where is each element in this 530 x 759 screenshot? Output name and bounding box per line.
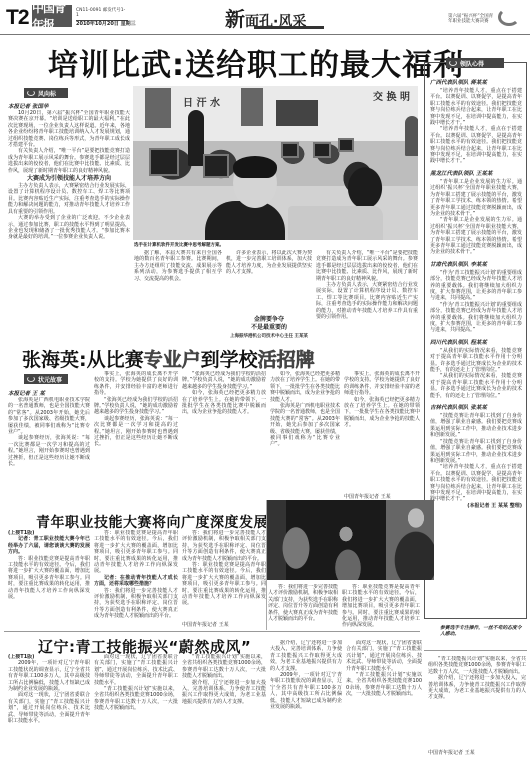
story4-column-1: (上接T1版) 2009年，一项针对辽宁青年职工技能状况的调查显示，辽宁全省共有… bbox=[8, 654, 90, 759]
sidebar-signature: (本报记者 王 某某 整理) bbox=[430, 503, 522, 509]
pull-quote-source: 上海振华港机公司技术中心主任 王某某 bbox=[222, 333, 316, 339]
crt-monitor-foreground bbox=[288, 206, 383, 240]
section-tag-leader-notes: 领队心得 bbox=[446, 58, 504, 68]
paragraph: “青工技能振兴计划”实施以来，全省共组织各类技能竞赛1000余场，参赛青年职工达… bbox=[94, 686, 178, 712]
standing-person bbox=[188, 110, 204, 166]
page-number: T2 bbox=[6, 6, 29, 30]
sidebar-paragraph: “青年职工是企业发展的生力军。通过组织‘振兴杯’全国青年职业技能大赛，为青年职工… bbox=[430, 217, 522, 255]
story2-column-1: 张海英是广西机电职业技术学院的一名普通教师，也是全国技能大赛的“常客”。从200… bbox=[8, 397, 90, 501]
photo-caption: 选手在计算机软件开发比赛中思考解题方案。 bbox=[134, 242, 224, 248]
story4-column-3: “青工技能振兴计划”实施以来，全省共组织各类技能竞赛1000余场，参赛青年职工达… bbox=[182, 654, 266, 759]
monitor bbox=[281, 142, 299, 158]
paragraph: “张海英已经成为我们学校的活招牌。”学校负责人说，“她的成功激励着越来越多的学生… bbox=[182, 371, 266, 390]
sidebar-paragraph: “培养青年技能人才，重点在于搭建平台。以赛促训、以赛促学，是提高青年职工技能水平… bbox=[430, 464, 522, 502]
paragraph: 面对这一现状，辽宁团省委联合有关部门，实施了“青工技能振兴计划”，通过开展岗位练… bbox=[346, 640, 422, 672]
tag-label: 领队心得 bbox=[460, 59, 484, 68]
story2-column-2: 事实上，张海英的成长离不开学校的支持。学校为她提供了良好的训练条件，并安排经验丰… bbox=[94, 371, 178, 501]
story2-column-3: “张海英已经成为我们学校的活招牌。”学校负责人说，“她的成功激励着越来越多的学生… bbox=[182, 371, 266, 501]
story-divider bbox=[4, 631, 420, 632]
paragraph: 答：职业技能竞赛是提高青年职工技能水平的有效途径。今后，我们将进一步扩大大赛的覆… bbox=[342, 584, 420, 628]
lead-column-4: 有关负责人介绍，“唯一平台”是要把技能竞赛打造成为青年职工展示风采的舞台。参赛选… bbox=[316, 250, 418, 340]
masthead: T2 中国青年报 CN11-0091 邮发代号1-1 2010年10月20日 星… bbox=[0, 0, 530, 34]
story2-column-5: 事实上，张海英的成长离不开学校的支持。学校为她提供了良好的训练条件，并安排经验丰… bbox=[344, 371, 420, 497]
sidebar-byline: 吉林代表队领队 张某某 bbox=[430, 403, 522, 411]
pull-quote-line: 不是最重要的 bbox=[226, 324, 312, 332]
sidebar-paragraph: “从我们的实际情况来看，技能竞赛对于提高青年职工技能水平作用十分明显。许多选手通… bbox=[430, 348, 522, 374]
story4-column-2: 面对这一现状，辽宁团省委联合有关部门，实施了“青工技能振兴计划”，通过开展岗位练… bbox=[94, 654, 178, 759]
paragraph: 据介绍，辽宁还将进一步加大投入，完善培训体系，力争使青工技能振兴工作取得更大成效… bbox=[182, 680, 266, 706]
paragraph: 主办方负责人表示，大赛紧密结合行业发展实际，设置了计算机程序设计员、数控车工、焊… bbox=[8, 183, 130, 215]
lead-byline: 本报记者 张国华 bbox=[8, 102, 48, 110]
headline-outline-part: 活招牌 bbox=[258, 349, 315, 371]
paragraph: 张海英是广西机电职业技术学院的一名普通教师，也是全国技能大赛的“常客”。从200… bbox=[270, 403, 340, 448]
sidebar-paragraph: “培养青年技能人才，重点在于搭建平台。以赛促训、以赛促学，是提高青年职工技能水平… bbox=[430, 126, 522, 164]
masthead-rule bbox=[0, 34, 530, 35]
paragraph: 大赛的举办受到了企业的广泛欢迎。不少企业表示，通过参加比赛，职工的技能水平得到了… bbox=[8, 215, 130, 241]
wall-slogan: 日 汗 水 bbox=[183, 94, 220, 109]
story2-column-4: 如今，张海英已经把更多精力放在了培养学生上。在她的带领下，一批批学生在各类技能比… bbox=[270, 371, 340, 501]
sidebar-byline: 甘肃代表队领队 李某某 bbox=[430, 260, 522, 268]
contestant-foreground bbox=[205, 201, 285, 240]
story3-headline: 青年职业技能大赛将向广度深度发展 bbox=[36, 512, 268, 532]
section-brand-glyph: 新 bbox=[225, 7, 245, 31]
story3-column-4: 答：我们将进一步完善技能人才评价激励机制，积极争取相关部门支持，为获奖选手在职称… bbox=[268, 584, 338, 628]
question: 记者：青工职业技能大赛今年已经举办了六届，请您谈谈大赛的发展方向。 bbox=[8, 536, 90, 555]
story3-column-5: 答：职业技能竞赛是提高青年职工技能水平的有效途径。今后，我们将进一步扩大大赛的覆… bbox=[342, 584, 420, 628]
story2-headline: 张海英:从比赛专业户到学校活招牌 bbox=[22, 345, 315, 372]
event-note: 第六届“振兴杯”全国青年职业技能大赛决赛 bbox=[448, 14, 494, 24]
paper-logo: 中国青年报 bbox=[32, 5, 72, 27]
wall-poster bbox=[276, 100, 318, 126]
paragraph: 答：我们将进一步完善技能人才评价激励机制，积极争取相关部门支持，为获奖选手在职称… bbox=[182, 530, 266, 562]
paragraph: “青工技能振兴计划”实施以来，全省共组织各类技能竞赛1000余场，参赛青年职工达… bbox=[182, 654, 266, 680]
paragraph: 答：我们将进一步完善技能人才评价激励机制，积极争取相关部门支持，为获奖选手在职称… bbox=[268, 584, 338, 622]
paragraph: 事实上，张海英的成长离不开学校的支持。学校为她提供了良好的训练条件，并安排经验丰… bbox=[344, 371, 420, 397]
paragraph: 面对这一现状，辽宁团省委联合有关部门，实施了“青工技能振兴计划”，通过开展岗位练… bbox=[8, 692, 90, 724]
swoosh-icon bbox=[449, 60, 457, 66]
lead-column-2: 据了解，本届大赛共有来自全国各地的数百名青年职工参赛。比赛期间，主办方还组织了技… bbox=[134, 250, 222, 332]
monitor bbox=[338, 138, 354, 152]
paragraph: 张海英是广西机电职业技术学院的一名普通教师，也是全国技能大赛的“常客”。从200… bbox=[8, 397, 90, 435]
story3-column-2: 答：职业技能竞赛是提高青年职工技能水平的有效途径。今后，我们将进一步扩大大赛的覆… bbox=[94, 530, 178, 630]
section-tag-trend: 风向标 bbox=[24, 88, 68, 98]
paragraph: 10月20日，第六届“振兴杯”全国青年职业技能大赛决赛在京开幕。“培训是送给职工… bbox=[8, 110, 130, 148]
paragraph: 谈起参赛经历，张海英说：“每一次比赛都是一次学习和提高的过程。”她坦言，刚开始参… bbox=[94, 416, 178, 448]
sidebar-byline: 广西代表队领队 蒋某某 bbox=[430, 78, 522, 86]
headline-part: 到学校 bbox=[201, 349, 258, 371]
sidebar-paragraph: “培养青年技能人才，重点在于搭建平台。以赛促训、以赛促学，是提高青年职工技能水平… bbox=[430, 88, 522, 126]
question: 记者：在推动青年技能人才成长方面，还将采取哪些措施？ bbox=[94, 575, 178, 588]
paragraph: 答：职业技能竞赛是提高青年职工技能水平的有效途径。今后，我们将进一步扩大大赛的覆… bbox=[182, 562, 266, 607]
monitor bbox=[149, 148, 179, 176]
sidebar-content: 广西代表队领队 蒋某某 “培养青年技能人才，重点在于搭建平台。以赛促训、以赛促学… bbox=[430, 76, 522, 614]
paragraph: 答：我们将进一步完善技能人才评价激励机制，积极争取相关部门支持，为获奖选手在职称… bbox=[94, 588, 178, 620]
paragraph: 主办方负责人表示，大赛紧密结合行业发展实际，设置了计算机程序设计员、数控车工、焊… bbox=[316, 282, 418, 320]
story3-column-3: 答：我们将进一步完善技能人才评价激励机制，积极争取相关部门支持，为获奖选手在职称… bbox=[182, 530, 266, 624]
contestant-hair bbox=[233, 156, 277, 178]
wall-slogan: 交 换 明 bbox=[373, 88, 410, 103]
section-bar bbox=[254, 26, 324, 29]
monitor bbox=[313, 142, 331, 158]
paragraph: 2009年，一项针对辽宁青年职工技能状况的调查显示，辽宁全省共有青年职工100多… bbox=[8, 660, 90, 692]
story4-column-6: “青工技能振兴计划”实施以来，全省共组织各类技能竞赛1000余场，参赛青年职工达… bbox=[428, 656, 526, 752]
paragraph: 据了解，本届大赛共有来自全国各地的数百名青年职工参赛。比赛期间，主办方还组织了技… bbox=[134, 250, 222, 282]
sidebar-paragraph: “技能竞赛让青年职工找到了自身价值，增强了职业自豪感。我们要把竞赛成果运用到实际… bbox=[430, 439, 522, 465]
headline-outline-part: 专业户 bbox=[144, 349, 201, 371]
sidebar-paragraph: “青年职工是企业发展的生力军。通过组织‘振兴杯’全国青年职业技能大赛，为青年职工… bbox=[430, 179, 522, 217]
paragraph: “张海英已经成为我们学校的活招牌。”学校负责人说，“她的成功激励着越来越多的学生… bbox=[94, 397, 178, 416]
paragraph: 有关负责人介绍，“唯一平台”是要把技能竞赛打造成为青年职工展示风采的舞台。参赛选… bbox=[8, 148, 130, 174]
story4-column-5: 面对这一现状，辽宁团省委联合有关部门，实施了“青工技能振兴计划”，通过开展岗位练… bbox=[346, 640, 422, 759]
lead-headline: 培训比武:送给职工的最大福利 bbox=[48, 40, 464, 84]
sidebar-footnote: 参赛选手专注操作，一丝不苟的态度令人感动。 bbox=[440, 625, 525, 637]
publication-date: 2010年10月20日 星期三 bbox=[76, 20, 136, 27]
standing-person bbox=[405, 116, 418, 156]
paragraph: 据介绍，辽宁还将进一步加大投入，完善培训体系，力争使青工技能振兴工作取得更大成效… bbox=[270, 640, 342, 672]
story3-column-1: (上接T1版) 记者：青工职业技能大赛今年已经举办了六届，请您谈谈大赛的发展方向… bbox=[8, 530, 90, 630]
tag-label: 风向标 bbox=[38, 89, 56, 98]
pull-quote-line: 金牌要争夺 bbox=[226, 316, 312, 324]
headline-part: 张海英:从比赛 bbox=[22, 349, 144, 371]
sidebar-paragraph: “作为‘青工技能振兴计划’的重要组成部分，技能竞赛已经成为青年技能人才培养的重要… bbox=[430, 270, 522, 302]
workshop-photo bbox=[266, 500, 434, 580]
paragraph: 谈起参赛经历，张海英说：“每一次比赛都是一次学习和提高的过程。”她坦言，刚开始参… bbox=[8, 435, 90, 467]
pull-quote: 金牌要争夺 不是最重要的 bbox=[226, 316, 312, 332]
lead-photo: 日 汗 水 交 换 明 bbox=[133, 86, 418, 240]
sidebar-bottom-rule bbox=[424, 650, 527, 651]
monitor bbox=[203, 154, 229, 178]
paragraph: 答：职业技能竞赛是提高青年职工技能水平的有效途径。今后，我们将进一步扩大大赛的覆… bbox=[94, 530, 178, 575]
story4-signature: 中国青年报记者 王某 bbox=[428, 750, 526, 756]
wall-poster bbox=[145, 88, 171, 128]
section-tag-champion: 状元故事 bbox=[24, 374, 68, 384]
paragraph: 事实上，张海英的成长离不开学校的支持。学校为她提供了良好的训练条件，并安排经验丰… bbox=[94, 371, 178, 397]
subheading: 大赛成为引领技能人才培养方向 bbox=[8, 174, 130, 183]
sidebar-byline: 四川代表队领队 程某某 bbox=[430, 338, 522, 346]
column-rule bbox=[266, 500, 267, 630]
swoosh-icon bbox=[27, 376, 35, 382]
paragraph: 有关负责人介绍，“唯一平台”是要把技能竞赛打造成为青年职工展示风采的舞台。参赛选… bbox=[316, 250, 418, 282]
lead-column-3: 许多企业表示，将以此次大赛为契机，进一步完善职工培训体系，加大技能人才培养力度，… bbox=[226, 250, 312, 314]
publication-code: CN11-0091 邮发代号1-1 bbox=[76, 7, 128, 21]
sidebar-paragraph: “作为‘青工技能振兴计划’的重要组成部分，技能竞赛已经成为青年技能人才培养的重要… bbox=[430, 302, 522, 334]
story3-signature: 中国青年报记者 王某 bbox=[182, 622, 266, 628]
paragraph: 如今，张海英已经把更多精力放在了培养学生上。在她的带领下，一批批学生在各类技能比… bbox=[182, 390, 266, 416]
paragraph: 答：职业技能竞赛是提高青年职工技能水平的有效途径。今后，我们将进一步扩大大赛的覆… bbox=[8, 556, 90, 601]
paragraph: 如今，张海英已经把更多精力放在了培养学生上。在她的带领下，一批批学生在各类技能比… bbox=[344, 397, 420, 429]
wall-poster bbox=[241, 88, 263, 126]
sidebar-byline: 黑龙江代表队领队 王某某 bbox=[430, 169, 522, 177]
paragraph: 面对这一现状，辽宁团省委联合有关部门，实施了“青工技能振兴计划”，通过开展岗位练… bbox=[94, 654, 178, 686]
sidebar-paragraph: “技能竞赛让青年职工找到了自身价值，增强了职业自豪感。我们要把竞赛成果运用到实际… bbox=[430, 413, 522, 439]
story4-column-4: 据介绍，辽宁还将进一步加大投入，完善培训体系，力争使青工技能振兴工作取得更大成效… bbox=[270, 640, 342, 759]
paragraph: 2009年，一项针对辽宁青年职工技能状况的调查显示，辽宁全省共有青年职工100多… bbox=[270, 672, 342, 710]
paragraph: 许多企业表示，将以此次大赛为契机，进一步完善职工培训体系，加大技能人才培养力度，… bbox=[226, 250, 312, 276]
story2-byline: 本报记者 王 某 bbox=[8, 389, 45, 397]
paragraph: 据介绍，辽宁还将进一步加大投入，完善培训体系，力争使青工技能振兴工作取得更大成效… bbox=[428, 675, 526, 701]
paragraph: “青工技能振兴计划”实施以来，全省共组织各类技能竞赛1000余场，参赛青年职工达… bbox=[428, 656, 526, 675]
competition-emblem-icon bbox=[498, 8, 520, 26]
sidebar-paragraph: “从我们的实际情况来看，技能竞赛对于提高青年职工技能水平作用十分明显。许多选手通… bbox=[430, 373, 522, 399]
paragraph: “青工技能振兴计划”实施以来，全省共组织各类技能竞赛1000余场，参赛青年职工达… bbox=[346, 672, 422, 698]
swoosh-icon bbox=[27, 90, 35, 96]
tag-label: 状元故事 bbox=[38, 375, 62, 384]
paragraph: 如今，张海英已经把更多精力放在了培养学生上。在她的带领下，一批批学生在各类技能比… bbox=[270, 371, 340, 403]
lead-column-1: 10月20日，第六届“振兴杯”全国青年职业技能大赛决赛在京开幕。“培训是送给职工… bbox=[8, 110, 130, 300]
